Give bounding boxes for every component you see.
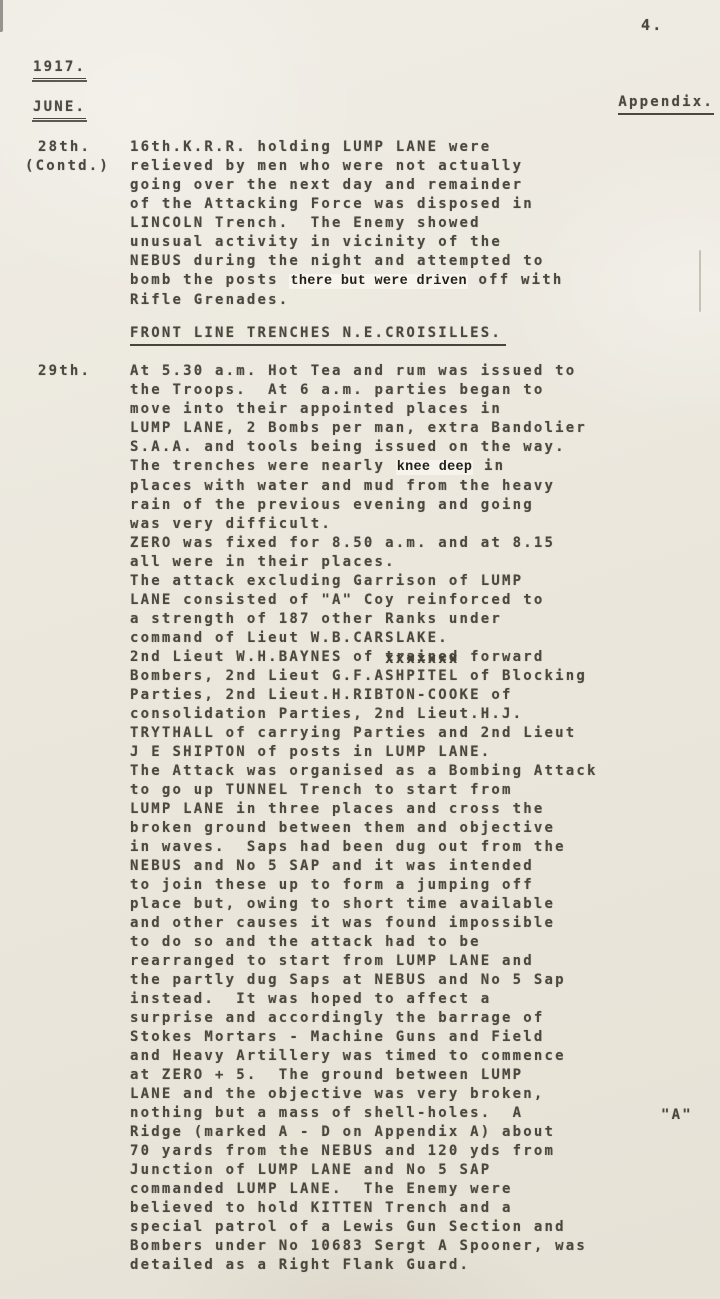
diary-line: The attack excluding Garrison of LUMP xyxy=(130,572,706,591)
diary-line: rearranged to start from LUMP LANE and xyxy=(130,952,706,971)
diary-line: the Troops. At 6 a.m. parties began to xyxy=(130,381,706,400)
section-heading-row: FRONT LINE TRENCHES N.E.CROISILLES. xyxy=(25,324,706,346)
diary-line: 16th.K.R.R. holding LUMP LANE were xyxy=(130,138,706,157)
page-number: 4. xyxy=(641,16,663,35)
diary-line: bomb the posts there but were driven off… xyxy=(130,271,706,291)
diary-line: Parties, 2nd Lieut.H.RIBTON-COOKE of xyxy=(130,686,706,705)
entry-date: 29th. xyxy=(25,362,130,381)
diary-line: Junction of LUMP LANE and No 5 SAP xyxy=(130,1161,706,1180)
diary-line: instead. It was hoped to affect a xyxy=(130,990,706,1009)
overstrike-x: xxxxxxx xyxy=(385,650,459,669)
diary-line: to do so and the attack had to be xyxy=(130,933,706,952)
diary-line: J E SHIPTON of posts in LUMP LANE. xyxy=(130,743,706,762)
entry-date-line: 28th. xyxy=(25,138,130,157)
year-label: 1917. xyxy=(33,58,86,79)
diary-line: commanded LUMP LANE. The Enemy were xyxy=(130,1180,706,1199)
diary-line: ZERO was fixed for 8.50 a.m. and at 8.15 xyxy=(130,534,706,553)
entry-body: At 5.30 a.m. Hot Tea and rum was issued … xyxy=(130,362,706,1275)
entry-date: 28th.(Contd.) xyxy=(25,138,130,176)
month-text: JUNE. xyxy=(33,98,86,119)
diary-entry: 29th.At 5.30 a.m. Hot Tea and rum was is… xyxy=(25,362,706,1275)
appendix-text: Appendix. xyxy=(618,93,714,115)
year-text: 1917. xyxy=(33,58,86,79)
section-heading: FRONT LINE TRENCHES N.E.CROISILLES. xyxy=(130,324,506,346)
diary-line: places with water and mud from the heavy xyxy=(130,477,706,496)
diary-line: TRYTHALL of carrying Parties and 2nd Lie… xyxy=(130,724,706,743)
diary-line: 70 yards from the NEBUS and 120 yds from xyxy=(130,1142,706,1161)
diary-line: and other causes it was found impossible xyxy=(130,914,706,933)
diary-line: Stokes Mortars - Machine Guns and Field xyxy=(130,1028,706,1047)
diary-line: The trenches were nearly knee deep in xyxy=(130,457,706,477)
entry-date-line: (Contd.) xyxy=(25,157,130,176)
diary-line: NEBUS during the night and attempted to xyxy=(130,252,706,271)
entry-body: 16th.K.R.R. holding LUMP LANE werereliev… xyxy=(130,138,706,310)
diary-line: consolidation Parties, 2nd Lieut.H.J. xyxy=(130,705,706,724)
diary-line: in waves. Saps had been dug out from the xyxy=(130,838,706,857)
diary-line: LINCOLN Trench. The Enemy showed xyxy=(130,214,706,233)
inserted-text: knee deep xyxy=(396,460,474,475)
diary-line: at ZERO + 5. The ground between LUMP xyxy=(130,1066,706,1085)
diary-line: LANE and the objective was very broken, xyxy=(130,1085,706,1104)
diary-line: Ridge (marked A - D on Appendix A) about xyxy=(130,1123,706,1142)
diary-line: unusual activity in vicinity of the xyxy=(130,233,706,252)
diary-line: detailed as a Right Flank Guard. xyxy=(130,1256,706,1275)
diary-line: rain of the previous evening and going xyxy=(130,496,706,515)
struck-text: trainedxxxxxxx xyxy=(385,648,459,667)
diary-line: special patrol of a Lewis Gun Section an… xyxy=(130,1218,706,1237)
diary-line: Bombers under No 10683 Sergt A Spooner, … xyxy=(130,1237,706,1256)
diary-line: Bombers, 2nd Lieut G.F.ASHPITEL of Block… xyxy=(130,667,706,686)
diary-line: and Heavy Artillery was timed to commenc… xyxy=(130,1047,706,1066)
diary-line: relieved by men who were not actually xyxy=(130,157,706,176)
month-label: JUNE. xyxy=(33,98,86,119)
diary-line: of the Attacking Force was disposed in xyxy=(130,195,706,214)
diary-line: all were in their places. xyxy=(130,553,706,572)
diary-line: to go up TUNNEL Trench to start from xyxy=(130,781,706,800)
diary-line: 2nd Lieut W.H.BAYNES of trainedxxxxxxx f… xyxy=(130,648,706,667)
entry-body: FRONT LINE TRENCHES N.E.CROISILLES. xyxy=(130,324,706,346)
entry-date-line: 29th. xyxy=(25,362,130,381)
diary-entry: 28th.(Contd.)16th.K.R.R. holding LUMP LA… xyxy=(25,138,706,310)
scan-artifact-left-edge xyxy=(0,0,3,32)
entries: 28th.(Contd.)16th.K.R.R. holding LUMP LA… xyxy=(25,138,706,1275)
diary-line: surprise and accordingly the barrage of xyxy=(130,1009,706,1028)
diary-line: place but, owing to short time available xyxy=(130,895,706,914)
margin-note-a: "A" xyxy=(661,1106,693,1125)
diary-line: LUMP LANE, 2 Bombs per man, extra Bandol… xyxy=(130,419,706,438)
diary-line: a strength of 187 other Ranks under xyxy=(130,610,706,629)
appendix-label: Appendix. xyxy=(618,93,714,115)
diary-line: to join these up to form a jumping off xyxy=(130,876,706,895)
diary-line: believed to hold KITTEN Trench and a xyxy=(130,1199,706,1218)
diary-line: nothing but a mass of shell-holes. A xyxy=(130,1104,706,1123)
diary-line: NEBUS and No 5 SAP and it was intended xyxy=(130,857,706,876)
diary-line: LANE consisted of "A" Coy reinforced to xyxy=(130,591,706,610)
diary-line: was very difficult. xyxy=(130,515,706,534)
diary-line: LUMP LANE in three places and cross the xyxy=(130,800,706,819)
diary-line: the partly dug Saps at NEBUS and No 5 Sa… xyxy=(130,971,706,990)
diary-line: The Attack was organised as a Bombing At… xyxy=(130,762,706,781)
diary-line: Rifle Grenades. xyxy=(130,291,706,310)
diary-page: 4. 1917. JUNE. Appendix. 28th.(Contd.)16… xyxy=(0,0,720,1299)
diary-line: At 5.30 a.m. Hot Tea and rum was issued … xyxy=(130,362,706,381)
diary-line: broken ground between them and objective xyxy=(130,819,706,838)
diary-line: command of Lieut W.B.CARSLAKE. xyxy=(130,629,706,648)
diary-line: move into their appointed places in xyxy=(130,400,706,419)
inserted-text: there but were driven xyxy=(289,274,467,289)
diary-line: S.A.A. and tools being issued on the way… xyxy=(130,438,706,457)
diary-line: going over the next day and remainder xyxy=(130,176,706,195)
